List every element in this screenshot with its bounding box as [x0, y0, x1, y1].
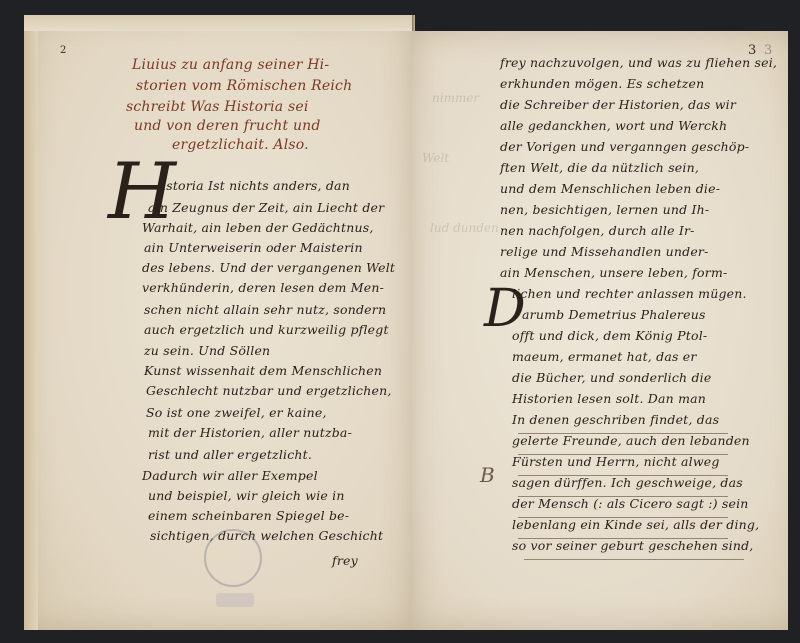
text-line: der Mensch (: als Cicero sagt :) sein	[512, 496, 749, 511]
underline	[518, 517, 728, 518]
underline	[518, 433, 728, 434]
text-line: istoria Ist nichts anders, dan	[162, 178, 350, 193]
text-line: gelerte Freunde, auch den lebanden	[512, 433, 750, 448]
text-line: rist und aller ergetzlicht.	[148, 447, 312, 462]
text-line: des lebens. Und der vergangenen Welt	[142, 260, 395, 275]
text-line: sichtigen, durch welchen Geschicht	[150, 528, 383, 543]
text-line: nen, besichtigen, lernen und Ih-	[500, 202, 709, 217]
underline	[518, 454, 728, 455]
catchword: frey	[332, 553, 358, 568]
bleed-through-text: nimmer	[432, 91, 479, 105]
text-line: lebenlang ein Kinde sei, alls der ding,	[512, 517, 759, 532]
text-line: verkhünderin, deren lesen dem Men-	[142, 280, 384, 295]
text-line: arumb Demetrius Phalereus	[522, 307, 706, 322]
right-page: 3 3 nimmer Welt lud dunden frey nachzuvo…	[412, 31, 800, 630]
text-line: die Schreiber der Historien, das wir	[500, 97, 736, 112]
folio-number-left: 2	[60, 45, 66, 56]
text-line: Fürsten und Herrn, nicht alweg	[512, 454, 720, 469]
text-line: lichen und rechter anlassen mügen.	[512, 286, 747, 301]
text-line: erkhunden mögen. Es schetzen	[500, 76, 704, 91]
text-line: ain Unterweiserin oder Maisterin	[144, 240, 363, 255]
text-line: So ist one zweifel, er kaine,	[146, 405, 327, 420]
library-stamp-small	[216, 593, 254, 607]
underline	[518, 496, 728, 497]
text-line: so vor seiner geburt geschehen sind,	[512, 538, 753, 553]
underline	[518, 475, 728, 476]
text-line: alle gedanckhen, wort und Werckh	[500, 118, 727, 133]
underline	[524, 559, 744, 560]
text-line: einem scheinbaren Spiegel be-	[148, 508, 349, 523]
text-line: zu sein. Und Söllen	[144, 343, 270, 358]
text-line: relige und Missehandlen under-	[500, 244, 709, 259]
rubric-line: Liuius zu anfang seiner Hi-	[132, 57, 329, 73]
text-line: offt und dick, dem König Ptol-	[512, 328, 707, 343]
text-line: Kunst wissenhait dem Menschlichen	[144, 363, 382, 378]
text-line: schen nicht allain sehr nutz, sondern	[144, 302, 386, 317]
text-line: ften Welt, die da nützlich sein,	[500, 160, 699, 175]
text-line: maeum, ermanet hat, das er	[512, 349, 697, 364]
text-line: die Bücher, und sonderlich die	[512, 370, 711, 385]
text-line: und dem Menschlichen leben die-	[500, 181, 720, 196]
underline	[518, 538, 728, 539]
text-line: sagen dürffen. Ich geschweige, das	[512, 475, 743, 490]
text-line: ain Menschen, unsere leben, form-	[500, 265, 727, 280]
text-line: Dadurch wir aller Exempel	[142, 468, 318, 483]
rubric-line: und von deren frucht und	[134, 118, 321, 134]
left-page: 2 Liuius zu anfang seiner Hi- storien vo…	[24, 15, 412, 630]
rubric-line: storien vom Römischen Reich	[136, 78, 352, 94]
bleed-through-text: lud dunden	[430, 221, 499, 235]
text-line: Warhait, ain leben der Gedächtnus,	[142, 220, 374, 235]
text-line: und beispiel, wir gleich wie in	[148, 488, 345, 503]
text-line: frey nachzuvolgen, und was zu fliehen se…	[500, 55, 777, 70]
library-stamp	[204, 529, 262, 587]
page-top-edge	[24, 15, 412, 31]
margin-note: B	[480, 463, 495, 487]
text-line: nen nachfolgen, durch alle Ir-	[500, 223, 695, 238]
text-line: der Vorigen und verganngen geschöp-	[500, 139, 749, 154]
bleed-through-text: Welt	[422, 151, 449, 165]
rubric-line: schreibt Was Historia sei	[126, 99, 309, 115]
background-edge	[788, 31, 800, 630]
text-line: Geschlecht nutzbar und ergetzlichen,	[146, 383, 392, 398]
rubric-line: ergetzlichait. Also.	[172, 137, 309, 153]
text-line: mit der Historien, aller nutzba-	[148, 425, 352, 440]
text-line: In denen geschriben findet, das	[512, 412, 719, 427]
text-line: auch ergetzlich und kurzweilig pflegt	[144, 322, 389, 337]
text-line: ain Zeugnus der Zeit, ain Liecht der	[148, 200, 384, 215]
text-line: Historien lesen solt. Dan man	[512, 391, 706, 406]
page-edge	[24, 15, 38, 630]
